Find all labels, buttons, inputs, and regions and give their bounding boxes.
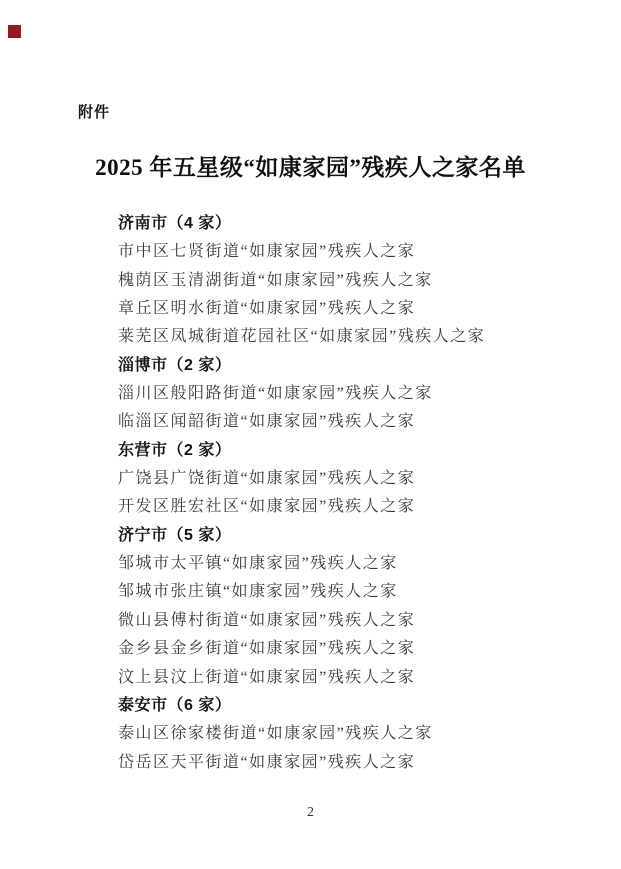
entry-line: 微山县傅村街道“如康家园”残疾人之家 — [118, 607, 485, 635]
document-page: { "marker": { "color": "#9b1b1b" }, "pag… — [0, 0, 621, 869]
entry-line: 槐荫区玉清湖街道“如康家园”残疾人之家 — [118, 267, 485, 295]
entry-line: 开发区胜宏社区“如康家园”残疾人之家 — [118, 493, 485, 521]
red-marker — [8, 25, 21, 38]
city-header: 济南市（4 家） — [118, 210, 485, 238]
city-header: 泰安市（6 家） — [118, 692, 485, 720]
entry-line: 金乡县金乡街道“如康家园”残疾人之家 — [118, 635, 485, 663]
page-number: 2 — [0, 805, 621, 821]
entry-line: 岱岳区天平街道“如康家园”残疾人之家 — [118, 749, 485, 777]
entry-line: 莱芜区凤城街道花园社区“如康家园”残疾人之家 — [118, 323, 485, 351]
entry-line: 泰山区徐家楼街道“如康家园”残疾人之家 — [118, 720, 485, 748]
city-header: 东营市（2 家） — [118, 437, 485, 465]
entry-line: 临淄区闻韶街道“如康家园”残疾人之家 — [118, 408, 485, 436]
entry-line: 汶上县汶上街道“如康家园”残疾人之家 — [118, 664, 485, 692]
attachment-label: 附件 — [78, 101, 110, 122]
page-title: 2025 年五星级“如康家园”残疾人之家名单 — [0, 149, 621, 182]
entry-line: 章丘区明水街道“如康家园”残疾人之家 — [118, 295, 485, 323]
entry-line: 广饶县广饶街道“如康家园”残疾人之家 — [118, 465, 485, 493]
section-list: 济南市（4 家）市中区七贤街道“如康家园”残疾人之家槐荫区玉清湖街道“如康家园”… — [118, 210, 485, 777]
entry-line: 邹城市张庄镇“如康家园”残疾人之家 — [118, 578, 485, 606]
entry-line: 市中区七贤街道“如康家园”残疾人之家 — [118, 238, 485, 266]
entry-line: 淄川区般阳路街道“如康家园”残疾人之家 — [118, 380, 485, 408]
city-header: 济宁市（5 家） — [118, 522, 485, 550]
entry-line: 邹城市太平镇“如康家园”残疾人之家 — [118, 550, 485, 578]
city-header: 淄博市（2 家） — [118, 352, 485, 380]
